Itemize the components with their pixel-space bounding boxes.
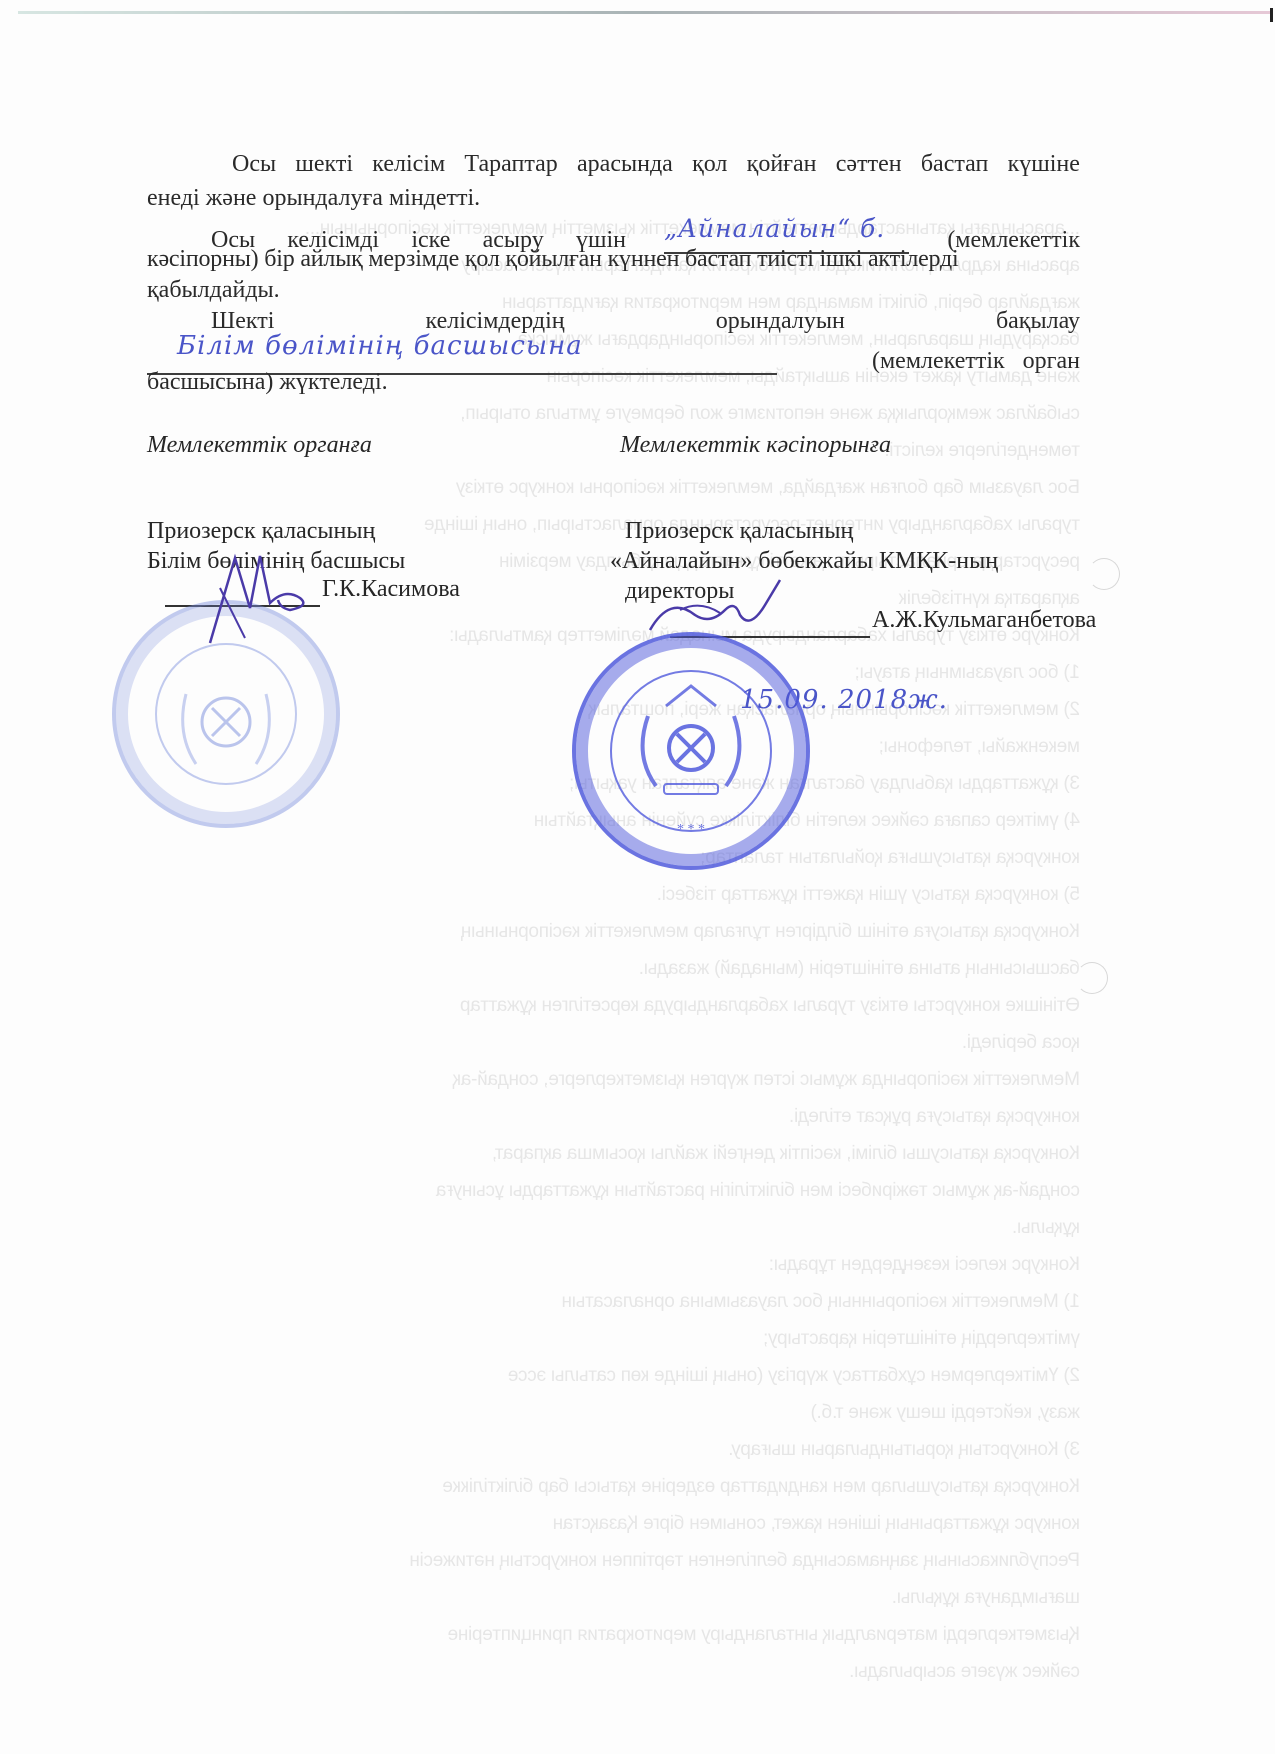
left-signatory-heading: Мемлекеттік органға <box>147 427 372 463</box>
paragraph-word: қол <box>692 151 727 178</box>
bleed-through-line: сондай-ақ жұмыс тәжірибесі мен біліктілі… <box>160 1172 1080 1209</box>
paragraph-word: шекті <box>295 151 353 178</box>
svg-text:* * *: * * * <box>677 822 705 837</box>
bleed-through-line: үміткерлердің өтініштерін қарастыру; <box>160 1320 1080 1357</box>
punch-hole-mark <box>1088 558 1120 590</box>
bleed-through-line: 2) Үміткерлермен сұхбаттасу жүргізу (оны… <box>160 1357 1080 1394</box>
bleed-through-line: 3) Конкурстың қорытындыларын шығару. <box>160 1431 1080 1468</box>
paragraph-text: басшысына) жүктеледі. <box>147 369 388 395</box>
left-handwritten-signature <box>190 548 340 648</box>
bleed-through-line: жазу, кейстерді шешу және т.б.) <box>160 1394 1080 1431</box>
paragraph-line: басшысына) жүктеледі. <box>147 369 1059 396</box>
paragraph-word: бақылау <box>996 308 1080 335</box>
paragraph-text: қабылдайды. <box>147 277 280 303</box>
bleed-through-line: Өтінішке конкурсты өткізу туралы хабарла… <box>160 987 1080 1024</box>
paragraph-word: сәттен <box>836 151 902 178</box>
bleed-through-line: 1) Мемлекеттік кәсіпорынның бос лауазымы… <box>160 1283 1080 1320</box>
handwritten-body-name: Білім бөлімінің басшысына <box>177 331 583 361</box>
bleed-through-line: конкурс құжаттарының ішінен қажет, соным… <box>160 1505 1080 1542</box>
bleed-through-line: құқылы. <box>160 1209 1080 1246</box>
paragraph-line: қабылдайды. <box>147 277 1059 304</box>
scan-edge-mark <box>1270 8 1273 22</box>
bleed-through-line: конкурсқа қатысуға рұқсат етіледі. <box>160 1098 1080 1135</box>
paragraph-word: бастап <box>921 151 988 178</box>
paragraph-word: келісім <box>372 151 445 178</box>
paragraph-word: Осы <box>232 151 276 178</box>
paragraph-entry-into-force: ОсышектікелісімТараптарарасындақолқойған… <box>168 151 1080 178</box>
paragraph-word: қойған <box>747 151 817 178</box>
emblem-icon: * * * <box>576 636 806 866</box>
left-signatory-name: Г.К.Касимова <box>322 571 460 607</box>
paragraph-line: кәсіпорны) бір айлық мерзімде қол қойылғ… <box>147 246 1080 273</box>
right-official-stamp: * * * <box>572 632 810 870</box>
bleed-through-line: Республикасының заңнамасында белгіленген… <box>160 1542 1080 1579</box>
bleed-through-line: қоса беріледі. <box>160 1024 1080 1061</box>
bleed-through-line: Мемлекеттік кәсіпорында жұмыс істеп жүрг… <box>160 1061 1080 1098</box>
right-handwritten-signature <box>640 575 790 645</box>
bleed-through-line: 5) конкурсқа қатысу үшін қажетті құжатта… <box>160 876 1080 913</box>
punch-hole-mark <box>1076 962 1108 994</box>
bleed-through-line: Бос лауазым бар болған жағдайда, мемлеке… <box>160 469 1080 506</box>
bleed-through-line: Конкурс келесі кезеңдерден тұрады: <box>160 1246 1080 1283</box>
paragraph-text: кәсіпорны) бір айлық мерзімде қол қойылғ… <box>147 246 959 272</box>
bleed-through-line: Конкурсқа қатысушы білімі, кәсіптік деңг… <box>160 1135 1080 1172</box>
right-signatory-heading: Мемлекеттік кәсіпорынға <box>620 427 891 463</box>
bleed-through-line: Конкурсқа қатысуға өтініш білдірген тұлғ… <box>160 913 1080 950</box>
bleed-through-line: Конкурсқа қатысушылар мен кандидаттар өз… <box>160 1468 1080 1505</box>
bleed-through-line: Қызметкерлерді материалдық ынталандыру м… <box>160 1616 1080 1653</box>
scan-edge-line <box>18 11 1273 14</box>
bleed-through-line: шағымдануға құқылы. <box>160 1579 1080 1616</box>
handwritten-enterprise-name: „Айналайын“ б. <box>664 214 885 243</box>
bleed-through-line: басшысының атына өтініштерін (мынадай) ж… <box>160 950 1080 987</box>
paragraph-line: енеді және орындалуға міндетті. <box>147 185 1059 212</box>
paragraph-word: Тараптар <box>464 151 557 178</box>
right-signatory-name: А.Ж.Кульмаганбетова <box>872 602 1096 638</box>
paragraph-line: ОсышектікелісімТараптарарасындақолқойған… <box>168 151 1080 178</box>
bleed-through-line: сәйкес жүзеге асырылады. <box>160 1653 1080 1690</box>
paragraph-word: орындалуын <box>716 308 845 335</box>
paragraph-text: енеді және орындалуға міндетті. <box>147 185 480 211</box>
paragraph-word: күшіне <box>1008 151 1080 178</box>
paragraph-word: арасында <box>577 151 673 178</box>
